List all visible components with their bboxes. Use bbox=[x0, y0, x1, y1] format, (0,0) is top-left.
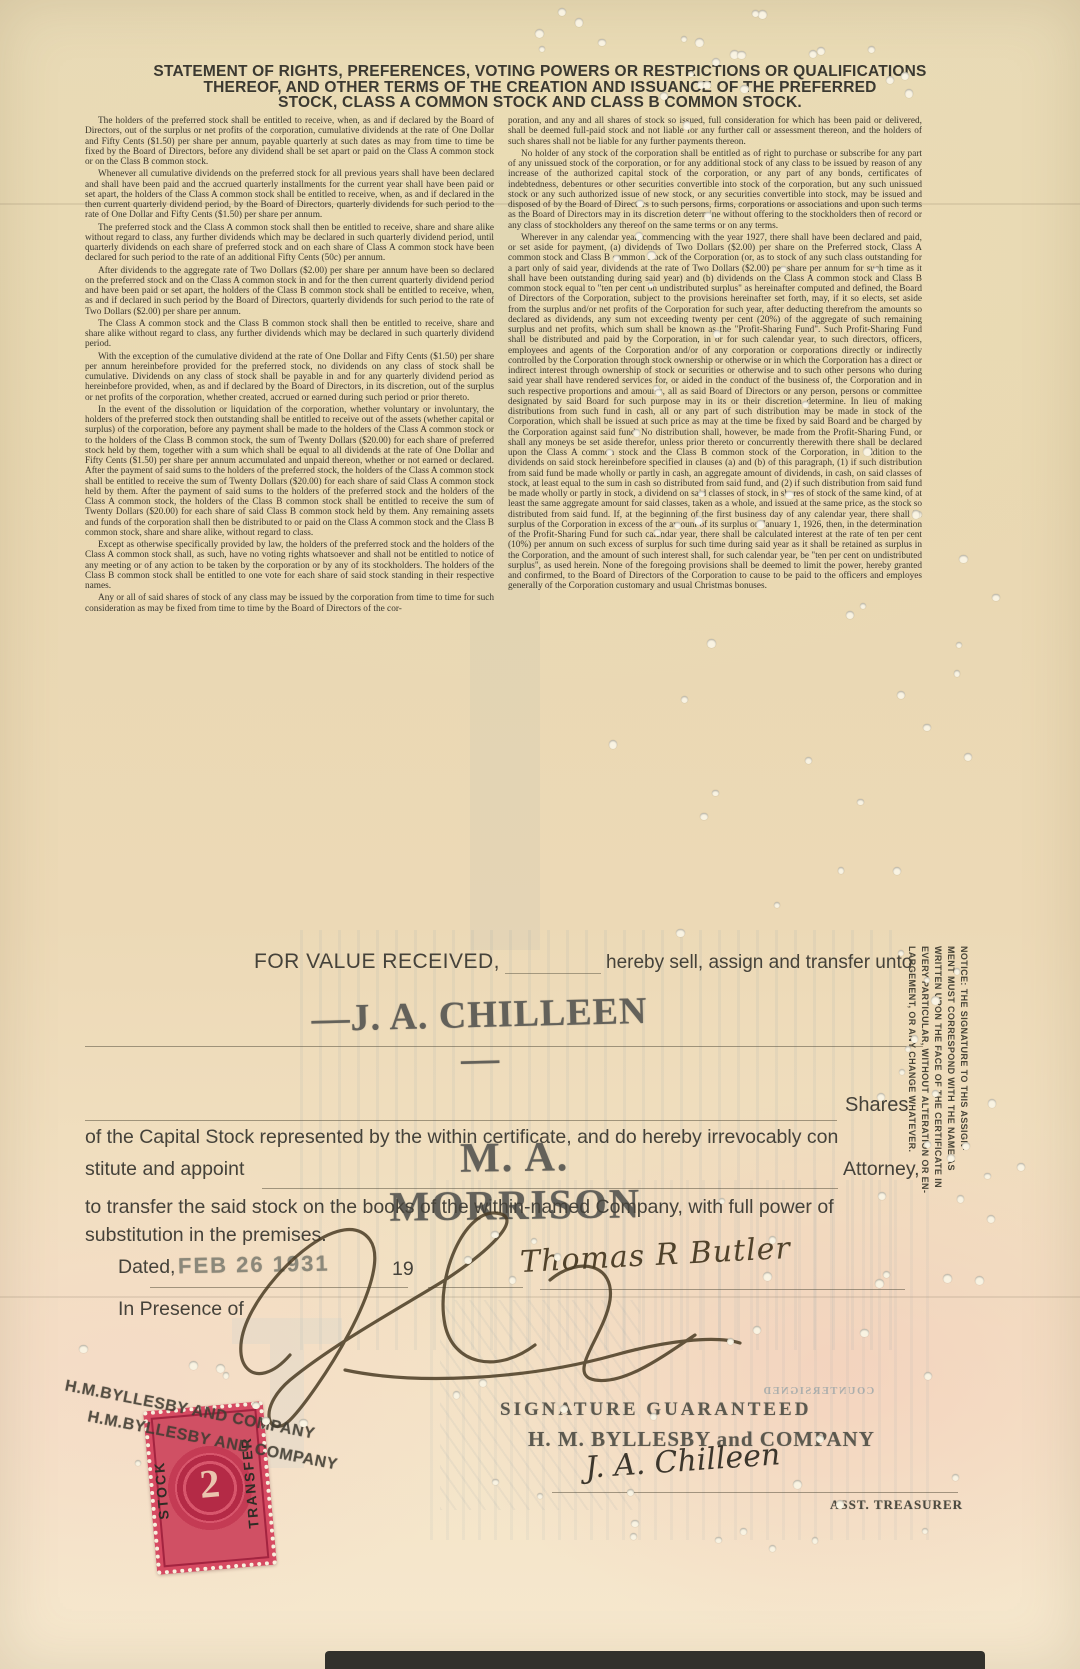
punch-hole bbox=[727, 1338, 734, 1345]
treasurer-signature-line bbox=[552, 1492, 958, 1493]
punch-hole bbox=[763, 1272, 772, 1281]
paragraph: No holder of any stock of the corporatio… bbox=[508, 149, 922, 231]
assignor-blank-line bbox=[505, 954, 601, 974]
punch-hole bbox=[575, 18, 584, 27]
punch-hole bbox=[189, 1361, 198, 1370]
punch-hole bbox=[262, 1417, 270, 1425]
punch-hole bbox=[988, 1099, 996, 1107]
officer-title: ASST. TREASURER bbox=[830, 1497, 963, 1513]
paragraph: THEREOF, AND OTHER TERMS OF THE CREATION… bbox=[110, 80, 970, 96]
punch-hole bbox=[537, 1493, 543, 1499]
paragraph: The Class A common stock and the Class B… bbox=[85, 319, 494, 350]
punch-hole bbox=[836, 1500, 844, 1508]
witness-signature-scrawl bbox=[195, 1185, 755, 1435]
punch-hole bbox=[558, 8, 566, 16]
punch-hole bbox=[630, 1533, 637, 1540]
punch-hole bbox=[453, 1391, 460, 1398]
punch-hole bbox=[676, 929, 685, 938]
paragraph: MENT MUST CORRESPOND WITH THE NAME AS bbox=[944, 946, 957, 1260]
punch-hole bbox=[769, 1545, 776, 1552]
paragraph: WRITTEN UPON THE FACE OF THE CERTIFICATE… bbox=[931, 946, 944, 1260]
punch-hole bbox=[809, 50, 817, 58]
punch-hole bbox=[838, 867, 844, 873]
punch-hole bbox=[943, 1274, 952, 1283]
punch-hole bbox=[873, 267, 879, 273]
paragraph: In the event of the dissolution or liqui… bbox=[85, 405, 494, 538]
punch-hole bbox=[886, 76, 894, 84]
punch-hole bbox=[492, 1479, 499, 1486]
punch-hole bbox=[984, 1173, 990, 1179]
punch-hole bbox=[560, 1405, 568, 1413]
punch-hole bbox=[719, 1198, 725, 1204]
sell-assign-text: hereby sell, assign and transfer unto bbox=[606, 952, 912, 974]
punch-hole bbox=[922, 1528, 928, 1534]
statement-right-column: poration, and any and all shares of stoc… bbox=[508, 116, 922, 952]
punch-hole bbox=[752, 10, 759, 17]
punch-hole bbox=[932, 1090, 939, 1097]
paragraph: The holders of the preferred stock shall… bbox=[85, 116, 494, 167]
dated-label: Dated, bbox=[118, 1256, 175, 1279]
punch-hole bbox=[868, 46, 875, 53]
stock-certificate-back: COUNTERSIGNED STATEMENT OF RIGHTS, PREFE… bbox=[0, 0, 1080, 1669]
punch-hole bbox=[627, 1489, 634, 1496]
punch-hole bbox=[683, 121, 691, 129]
punch-hole bbox=[700, 813, 707, 820]
punch-hole bbox=[758, 10, 767, 19]
punch-hole bbox=[992, 594, 999, 601]
paragraph: Whenever all cumulative dividends on the… bbox=[85, 169, 494, 220]
punch-hole bbox=[957, 1195, 965, 1203]
punch-hole bbox=[740, 1528, 746, 1534]
punch-hole bbox=[924, 1372, 932, 1380]
punch-hole bbox=[79, 1345, 87, 1353]
punch-hole bbox=[911, 1035, 919, 1043]
punch-hole bbox=[756, 520, 765, 529]
punch-hole bbox=[769, 1236, 777, 1244]
paragraph: The preferred stock and the Class A comm… bbox=[85, 223, 494, 264]
scan-edge-bar bbox=[325, 1651, 985, 1669]
signature-notice: NOTICE: THE SIGNATURE TO THIS ASSIGN-MEN… bbox=[905, 946, 970, 1260]
punch-hole bbox=[901, 72, 909, 80]
punch-hole bbox=[695, 38, 704, 47]
punch-hole bbox=[631, 1520, 639, 1528]
punch-hole bbox=[959, 555, 967, 563]
paragraph: Except as otherwise specifically provide… bbox=[85, 540, 494, 591]
statement-left-column: The holders of the preferred stock shall… bbox=[85, 116, 494, 952]
punch-hole bbox=[987, 1215, 995, 1223]
paragraph: With the exception of the cumulative div… bbox=[85, 352, 494, 403]
punch-hole bbox=[654, 529, 660, 535]
punch-hole bbox=[712, 790, 718, 796]
punch-hole bbox=[660, 92, 668, 100]
punch-hole bbox=[793, 1480, 802, 1489]
punch-hole bbox=[598, 39, 606, 47]
for-value-received-label: FOR VALUE RECEIVED, bbox=[254, 950, 500, 974]
punch-hole bbox=[681, 36, 687, 42]
punch-hole bbox=[737, 51, 745, 59]
punch-hole bbox=[694, 516, 702, 524]
punch-hole bbox=[954, 670, 960, 676]
paragraph: poration, and any and all shares of stoc… bbox=[508, 116, 922, 147]
paragraph: NOTICE: THE SIGNATURE TO THIS ASSIGN- bbox=[957, 946, 970, 1260]
statement-title: STATEMENT OF RIGHTS, PREFERENCES, VOTING… bbox=[110, 64, 970, 111]
punch-hole bbox=[539, 46, 545, 52]
punch-hole bbox=[860, 1329, 868, 1337]
punch-hole bbox=[606, 449, 613, 456]
punch-hole bbox=[491, 1231, 499, 1239]
assignee-name-stamp: —J. A. CHILLEEN— bbox=[299, 989, 661, 1086]
for-value-received-row: FOR VALUE RECEIVED, hereby sell, assign … bbox=[254, 950, 912, 974]
punch-hole bbox=[509, 1276, 517, 1284]
punch-hole bbox=[931, 996, 940, 1005]
punch-hole bbox=[135, 1460, 141, 1466]
punch-hole bbox=[740, 85, 749, 94]
paragraph: EVERY PARTICULAR, WITHOUT ALTERATION OR … bbox=[918, 946, 931, 1260]
punch-hole bbox=[812, 1537, 819, 1544]
punch-hole bbox=[636, 200, 644, 208]
punch-hole bbox=[554, 1253, 561, 1260]
punch-hole bbox=[252, 1402, 260, 1410]
punch-hole bbox=[785, 491, 794, 500]
punch-hole bbox=[650, 1413, 656, 1419]
punch-hole bbox=[216, 1364, 225, 1373]
paragraph: STATEMENT OF RIGHTS, PREFERENCES, VOTING… bbox=[110, 64, 970, 80]
punch-hole bbox=[707, 639, 715, 647]
punch-hole bbox=[715, 1537, 722, 1544]
punch-hole bbox=[924, 1141, 931, 1148]
punch-hole bbox=[1017, 1163, 1025, 1171]
constitute-text: stitute and appoint bbox=[85, 1158, 244, 1181]
paragraph: STOCK, CLASS A COMMON STOCK AND CLASS B … bbox=[110, 95, 970, 111]
punch-hole bbox=[802, 401, 809, 408]
punch-hole bbox=[688, 71, 694, 77]
punch-hole bbox=[817, 47, 825, 55]
paragraph: LARGEMENT, OR ANY CHANGE WHATEVER. bbox=[905, 946, 918, 1260]
punch-hole bbox=[531, 1238, 537, 1244]
punch-hole bbox=[905, 1046, 911, 1052]
punch-hole bbox=[875, 1279, 884, 1288]
punch-hole bbox=[863, 447, 872, 456]
punch-hole bbox=[780, 266, 787, 273]
punch-hole bbox=[952, 1474, 959, 1481]
punch-hole bbox=[923, 724, 930, 731]
punch-hole bbox=[964, 753, 972, 761]
punch-hole bbox=[648, 282, 654, 288]
punch-hole bbox=[753, 1326, 761, 1334]
punch-hole bbox=[703, 81, 711, 89]
paragraph: Wherever in any calendar year, commencin… bbox=[508, 233, 922, 592]
punch-hole bbox=[947, 1154, 955, 1162]
punch-hole bbox=[883, 1271, 890, 1278]
punch-hole bbox=[956, 642, 962, 648]
bleedthrough-countersigned-text: COUNTERSIGNED bbox=[762, 1386, 874, 1397]
paragraph: After dividends to the aggregate rate of… bbox=[85, 266, 494, 317]
assignee-line bbox=[85, 1046, 923, 1047]
punch-hole bbox=[535, 29, 544, 38]
punch-hole bbox=[846, 611, 854, 619]
punch-hole bbox=[878, 1192, 886, 1200]
punch-hole bbox=[609, 740, 617, 748]
punch-hole bbox=[893, 867, 901, 875]
punch-hole bbox=[647, 251, 656, 260]
shares-line bbox=[85, 1120, 837, 1121]
paragraph: Any or all of said shares of stock of an… bbox=[85, 593, 494, 614]
punch-hole bbox=[223, 1372, 229, 1378]
punch-hole bbox=[613, 255, 620, 262]
punch-hole bbox=[975, 1276, 984, 1285]
